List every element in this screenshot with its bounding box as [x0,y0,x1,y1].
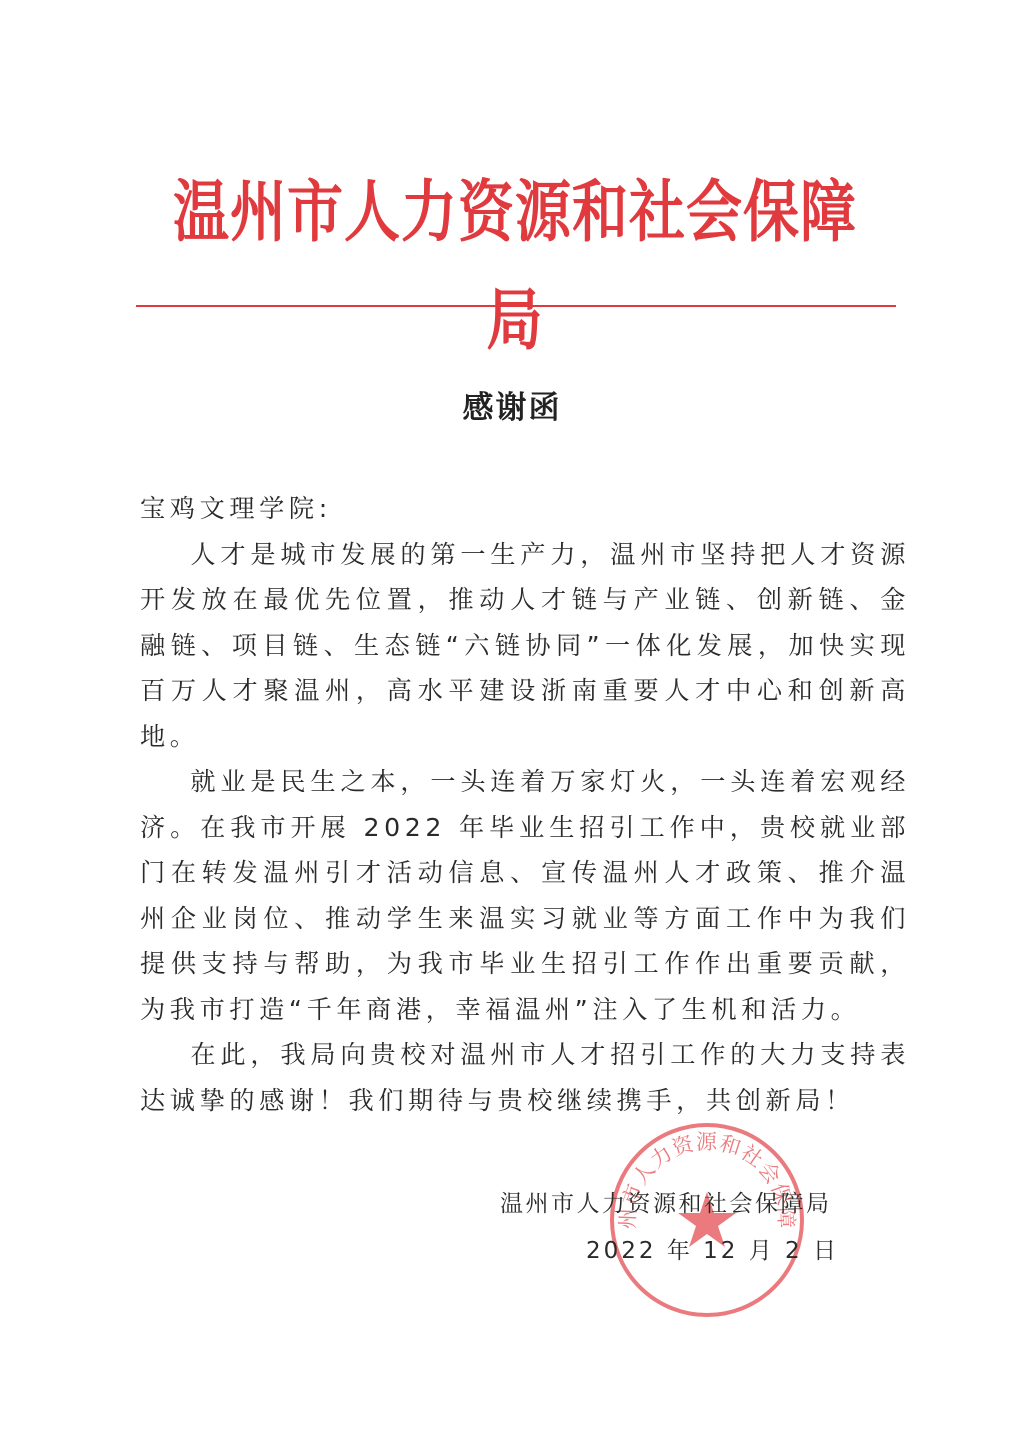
paragraph-3: 在此，我局向贵校对温州市人才招引工作的大力支持表达诚挚的感谢！我们期待与贵校继续… [140,1032,910,1123]
letterhead-divider [136,305,896,307]
letter-body: 宝鸡文理学院: 人才是城市发展的第一生产力，温州市坚持把人才资源开发放在最优先位… [140,486,910,1123]
salutation: 宝鸡文理学院: [140,486,910,532]
signature-org: 温州市人力资源和社会保障局 [500,1185,860,1218]
document-title: 感谢函 [0,382,1024,427]
letterhead-org-name: 温州市人力资源和社会保障局 [150,158,880,374]
signature-block: 温州市人力资源和社会保障局 2022 年 12 月 2 日 [500,1185,860,1265]
paragraph-1: 人才是城市发展的第一生产力，温州市坚持把人才资源开发放在最优先位置，推动人才链与… [140,532,910,760]
paragraph-2: 就业是民生之本，一头连着万家灯火，一头连着宏观经济。在我市开展 2022 年毕业… [140,759,910,1032]
signature-date: 2022 年 12 月 2 日 [500,1232,860,1265]
